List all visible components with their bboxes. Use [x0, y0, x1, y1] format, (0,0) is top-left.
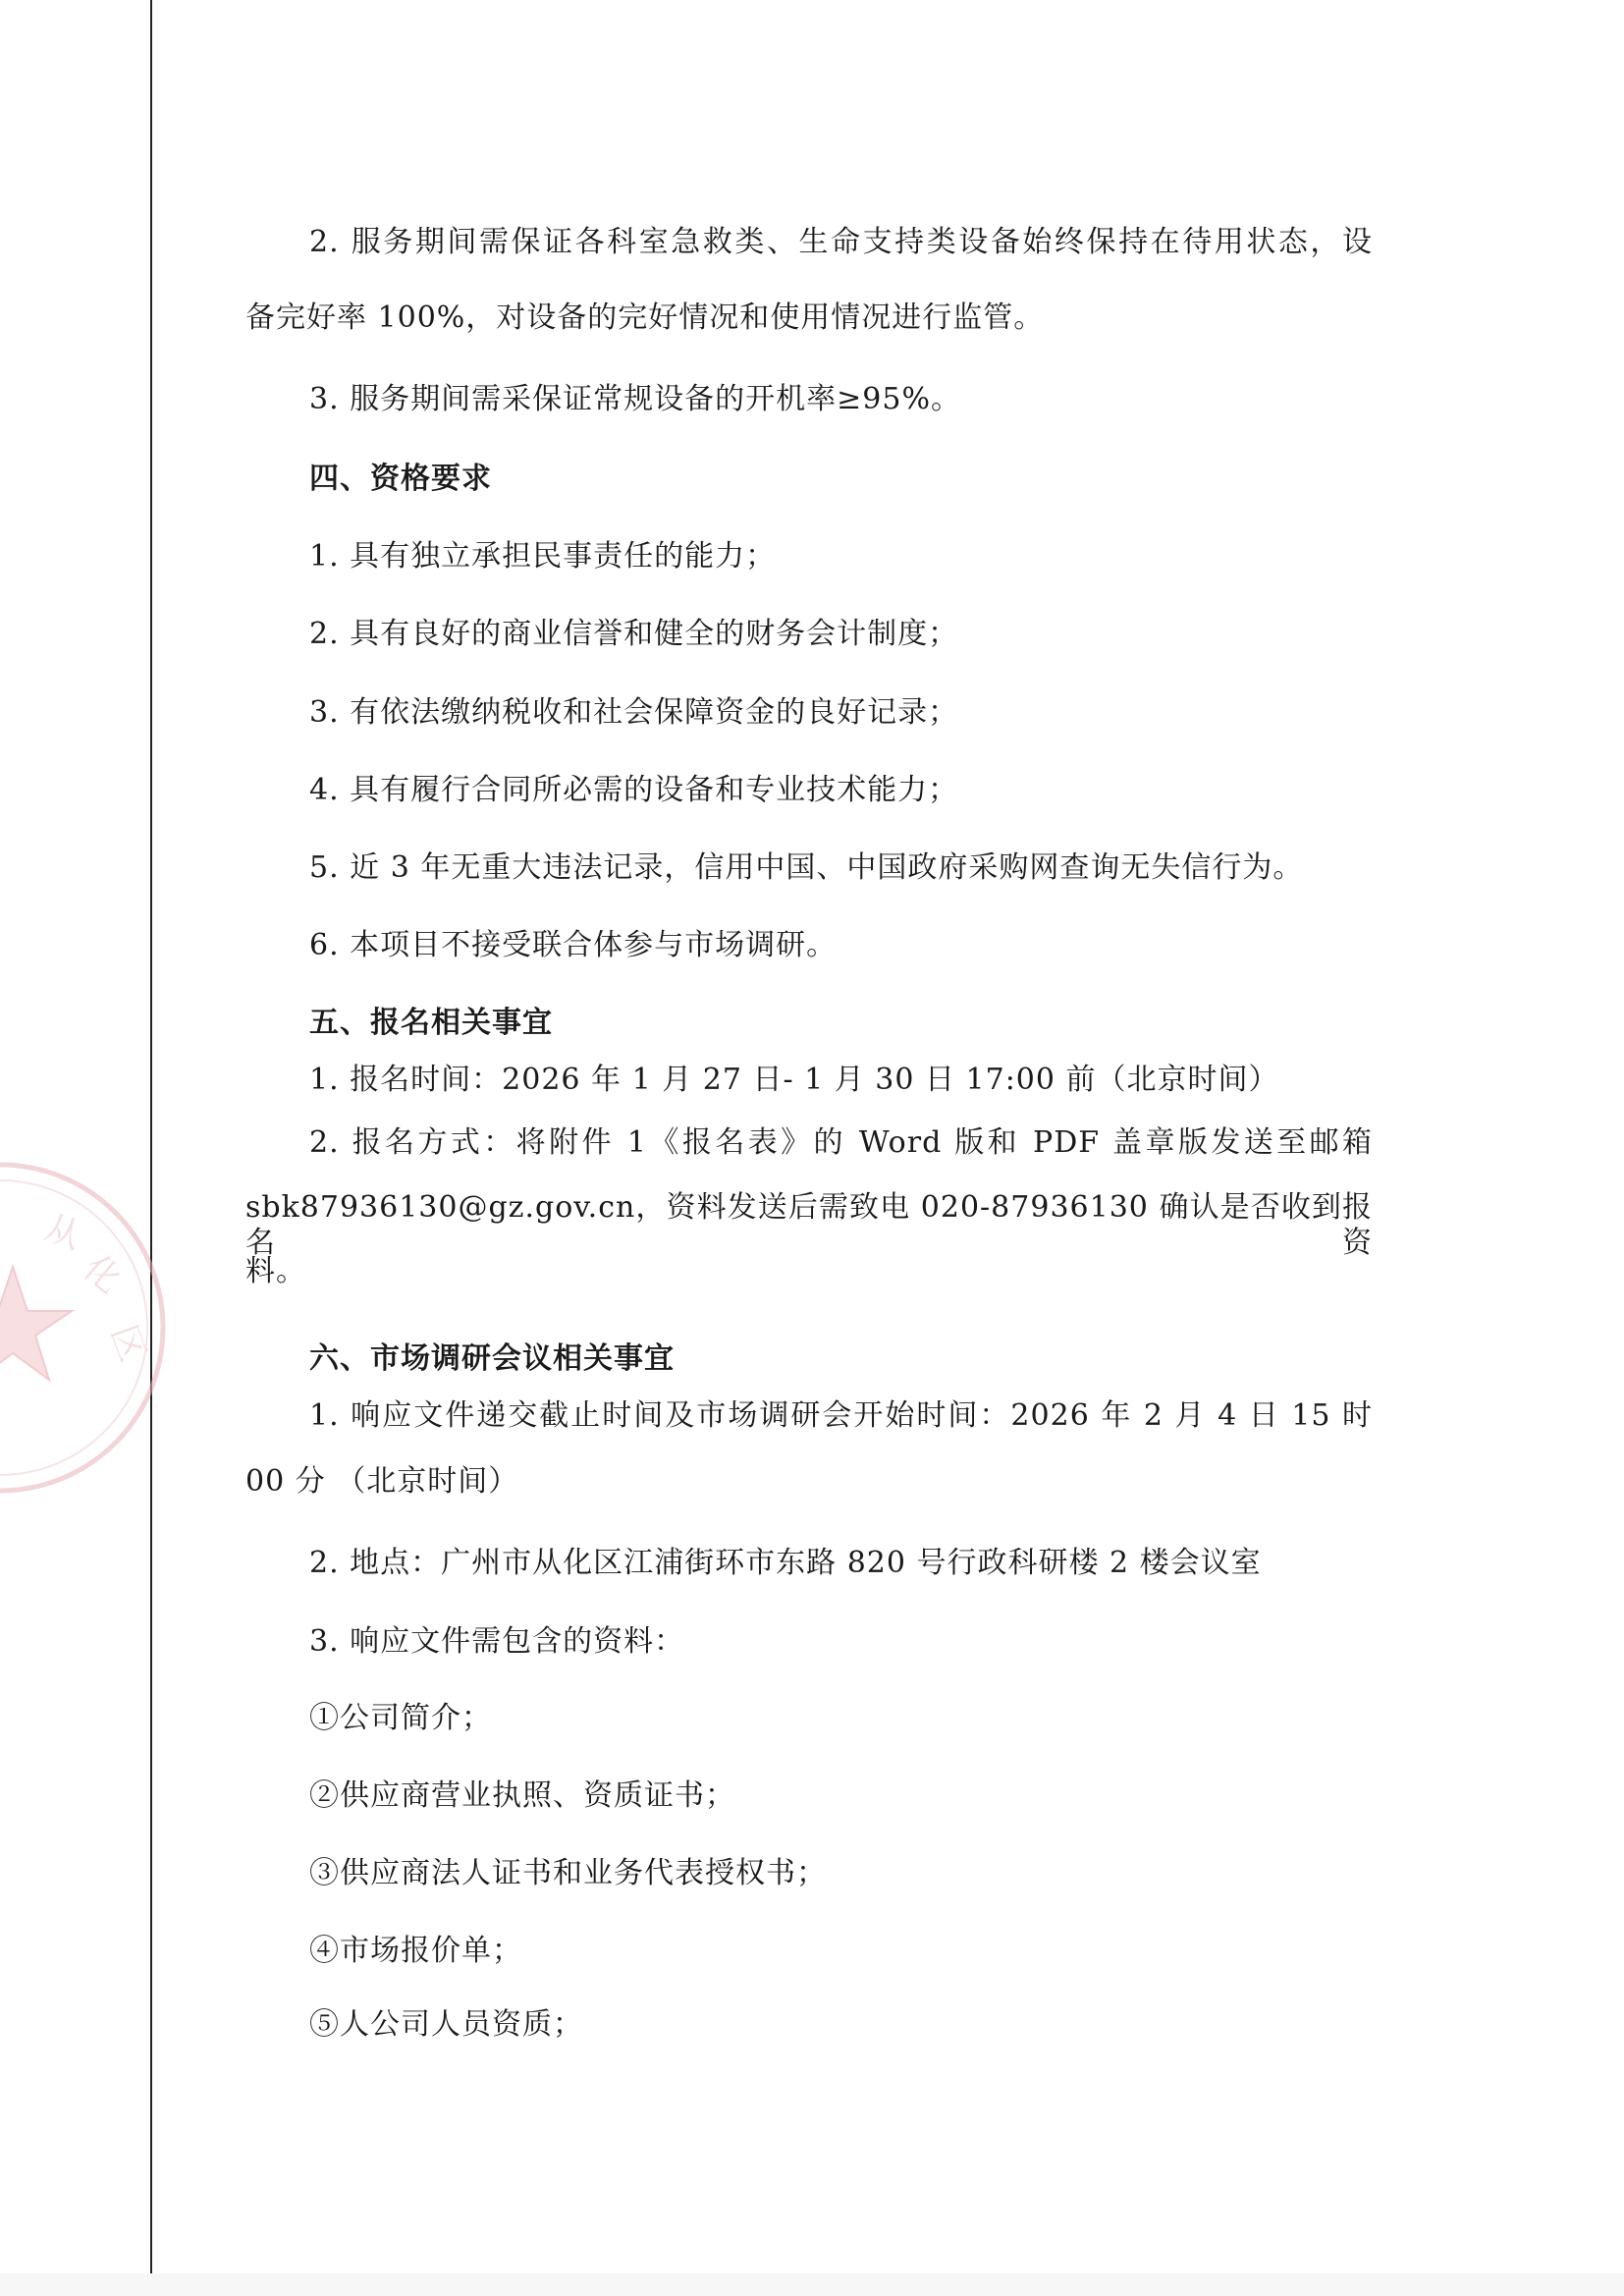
- meeting-deadline-line-1: 1. 响应文件递交截止时间及市场调研会开始时间：2026 年 2 月 4 日 1…: [309, 1398, 1373, 1434]
- binding-margin-line: [150, 0, 152, 2273]
- page-bottom-edge: [0, 2273, 1624, 2296]
- service-item-2-line-1: 2. 服务期间需保证各科室急救类、生命支持类设备始终保持在待用状态，设: [309, 225, 1373, 260]
- section-heading-meeting: 六、市场调研会议相关事宜: [309, 1341, 675, 1377]
- registration-time: 1. 报名时间：2026 年 1 月 27 日- 1 月 30 日 17:00 …: [309, 1063, 1279, 1098]
- qualification-item: 3. 有依法缴纳税收和社会保障资金的良好记录；: [309, 695, 958, 731]
- official-seal-icon: 从 化 区: [0, 1159, 169, 1497]
- qualification-item: 6. 本项目不接受联合体参与市场调研。: [309, 928, 837, 963]
- section-heading-qualifications: 四、资格要求: [309, 462, 492, 497]
- service-item-2-line-2: 备完好率 100%，对设备的完好情况和使用情况进行监管。: [245, 301, 1044, 336]
- svg-text:从: 从: [39, 1208, 86, 1258]
- qualification-item: 4. 具有履行合同所必需的设备和专业技术能力；: [309, 773, 958, 808]
- registration-method-line-3: 料。: [245, 1254, 306, 1289]
- service-item-3: 3. 服务期间需采保证常规设备的开机率≥95%。: [309, 382, 961, 417]
- material-item: ④市场报价单；: [309, 1934, 522, 1969]
- qualification-item: 2. 具有良好的商业信誉和健全的财务会计制度；: [309, 617, 958, 652]
- meeting-deadline-line-2: 00 分 （北京时间）: [245, 1464, 518, 1500]
- material-item: ①公司简介；: [309, 1701, 492, 1736]
- qualification-item: 1. 具有独立承担民事责任的能力；: [309, 539, 776, 574]
- svg-text:区: 区: [103, 1320, 153, 1367]
- svg-text:化: 化: [76, 1247, 129, 1301]
- material-item: ②供应商营业执照、资质证书；: [309, 1778, 735, 1814]
- material-item: ③供应商法人证书和业务代表授权书；: [309, 1856, 827, 1891]
- response-materials-intro: 3. 响应文件需包含的资料：: [309, 1624, 684, 1660]
- qualification-item: 5. 近 3 年无重大违法记录，信用中国、中国政府采购网查询无失信行为。: [309, 850, 1303, 886]
- meeting-location: 2. 地点：广州市从化区江浦街环市东路 820 号行政科研楼 2 楼会议室: [309, 1546, 1262, 1581]
- material-item: ⑤人公司人员资质；: [309, 2007, 583, 2043]
- registration-method-line-1: 2. 报名方式：将附件 1《报名表》的 Word 版和 PDF 盖章版发送至邮箱: [309, 1125, 1373, 1161]
- registration-email-line: sbk87936130@gz.gov.cn，资料发送后需致电 020-87936…: [245, 1190, 1373, 1261]
- section-heading-registration: 五、报名相关事宜: [309, 1006, 553, 1041]
